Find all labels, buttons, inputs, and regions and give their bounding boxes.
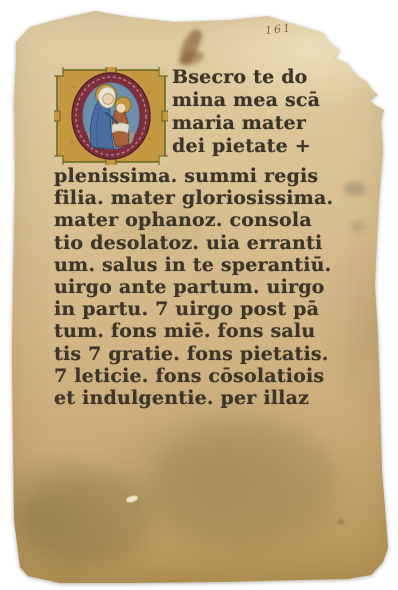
- parchment-leaf: 161: [0, 0, 398, 590]
- text-line: mater ophanoz. consola: [54, 209, 350, 231]
- prayer-text-block: Bsecro te do mina mea scā maria mater de…: [54, 66, 350, 409]
- text-line: tis 7 gratie. fons pietatis.: [54, 343, 350, 365]
- text-line: tio desolatoz. uia erranti: [54, 232, 350, 254]
- smudge-stain: [350, 222, 366, 232]
- text-line: tum. fons miē. fons salu: [54, 320, 350, 342]
- manuscript-scan: 161: [0, 0, 398, 590]
- parchment-shadow: 161: [0, 0, 398, 590]
- text-line: uirgo ante partum. uirgo: [54, 276, 350, 298]
- text-line: filia. mater gloriosissima.: [54, 187, 350, 209]
- text-line: plenissima. summi regis: [54, 165, 350, 187]
- parchment-stain: [22, 470, 152, 565]
- folio-number: 161: [264, 20, 305, 37]
- text-line: in partu. 7 uirgo post pā: [54, 298, 350, 320]
- text-line: 7 leticie. fons cōsolatiois: [54, 365, 350, 387]
- text-line: maria mater: [172, 112, 350, 135]
- text-line: Bsecro te do: [172, 66, 350, 89]
- prayer-full-lines: plenissima. summi regis filia. mater glo…: [54, 165, 350, 409]
- illuminated-initial-O-virgin-and-child-icon: [54, 67, 168, 165]
- text-line: mina mea scā: [172, 89, 350, 112]
- ink-stain: [176, 27, 204, 66]
- text-line: dei pietate +: [172, 135, 350, 158]
- text-line: um. salus in te sperantiū.: [54, 254, 350, 276]
- speck-stain: [338, 519, 344, 525]
- surface-chip: [125, 495, 138, 504]
- prayer-indented-lines: Bsecro te do mina mea scā maria mater de…: [172, 66, 350, 158]
- text-line: et indulgentie. per illaz: [54, 387, 350, 409]
- parchment-stain: [150, 420, 340, 550]
